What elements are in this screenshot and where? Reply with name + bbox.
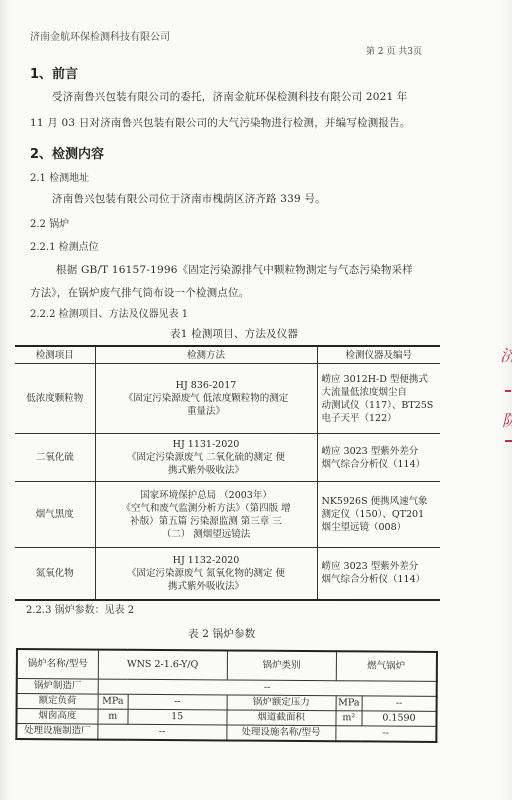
cell-item: 烟气黑度 — [15, 482, 95, 548]
method-line: 补版）第五篇 污染源监测 第三章 三 — [98, 515, 315, 528]
table-1-header-row: 检测项目 检测方法 检测仪器及编号 — [15, 346, 440, 364]
facility-name-label: 处理设施名称/型号 — [227, 725, 336, 741]
rated-load-unit: MPa — [98, 694, 128, 709]
section-2-2-3-heading: 2.2.3 锅炉参数：见表 2 — [26, 601, 134, 616]
method-line: （二） 测烟望远镜法 — [98, 528, 315, 541]
header-method: 检测方法 — [95, 346, 317, 364]
table-row: 氮氧化物 HJ 1132-2020 《固定污染源废气 氮氧化物的测定 便 携式紫… — [15, 548, 440, 600]
cell-item: 氮氧化物 — [15, 548, 95, 600]
section-2-1-heading: 2.1 检测地址 — [30, 169, 89, 184]
instrument-line: 崂应 3023 型紫外差分 — [322, 560, 439, 573]
instrument-line: 崂应 3023 型紫外差分 — [322, 445, 439, 458]
document-page: 济南金航环保检测科技有限公司 第 2 页 共3页 1、前言 受济南鲁兴包装有限公… — [0, 0, 512, 800]
method-line: 《固定污染源废气 低浓度颗粒物的测定 — [98, 392, 315, 405]
manufacturer-label: 锅炉制造厂 — [17, 679, 98, 695]
table-1-methods: 检测项目 检测方法 检测仪器及编号 低浓度颗粒物 HJ 836-2017 《固定… — [15, 345, 440, 601]
cell-instrument: 崂应 3023 型紫外差分 烟气综合分析仪（114） — [317, 434, 440, 482]
chimney-height-label: 烟囱高度 — [16, 709, 97, 725]
facility-maker-value: -- — [98, 724, 227, 740]
cell-method: HJ 836-2017 《固定污染源废气 低浓度颗粒物的测定 重量法》 — [95, 364, 317, 434]
instrument-line: NK5926S 便携风速气象 — [322, 495, 439, 508]
red-seal-fragment: 济 — [500, 343, 512, 366]
boiler-name-value: WNS 2-1.6-Y/Q — [98, 650, 227, 680]
method-line: 重量法》 — [98, 405, 315, 418]
facility-name-value: -- — [335, 726, 436, 742]
table-row: 烟气黑度 国家环境保护总局 （2003年） 《空气和废气监测分析方法》（第四版 … — [15, 482, 440, 548]
method-line: 《固定污染源废气 氮氧化物的测定 便 — [98, 567, 315, 580]
instrument-line: 崂应 3012H-D 型便携式 — [322, 373, 439, 386]
cell-instrument: 崂应 3012H-D 型便携式 大流量低浓度烟尘自 动测试仪（117）、BT25… — [317, 364, 440, 434]
flue-area-value: 0.1590 — [362, 711, 437, 727]
boiler-type-value: 燃气锅炉 — [336, 651, 437, 681]
section-1-heading: 1、前言 — [30, 63, 78, 82]
table-2-boiler-params: 锅炉名称/型号 WNS 2-1.6-Y/Q 锅炉类别 燃气锅炉 锅炉制造厂 --… — [15, 648, 438, 743]
method-line: 国家环境保护总局 （2003年） — [98, 489, 315, 502]
intro-line-1: 受济南鲁兴包装有限公司的委托，济南金航环保检测科技有限公司 2021 年 — [52, 89, 408, 104]
instrument-line: 测定仪（150）、QT201 — [322, 508, 439, 521]
intro-line-2: 11 月 03 日对济南鲁兴包装有限公司的大气污染物进行检测，并编写检测报告。 — [30, 115, 411, 130]
page-number: 第 2 页 共3页 — [366, 44, 422, 57]
rated-load-label: 额定负荷 — [17, 694, 98, 710]
cell-instrument: NK5926S 便携风速气象 测定仪（150）、QT201 烟尘望远镜（008） — [317, 482, 440, 548]
instrument-line: 大流量低浓度烟尘自 — [322, 386, 439, 399]
method-line: 《空气和废气监测分析方法》（第四版 增 — [98, 502, 315, 515]
table-1-caption: 表1 检测项目、方法及仪器 — [170, 326, 298, 341]
sampling-line-2: 方法》，在锅炉废气排气筒布设一个检测点位。 — [30, 285, 249, 300]
chimney-height-value: 15 — [128, 709, 227, 725]
instrument-line: 电子天平（122） — [322, 412, 439, 425]
rated-pressure-label: 锅炉额定压力 — [227, 695, 336, 711]
rated-pressure-value: -- — [362, 696, 437, 712]
instrument-line: 烟尘望远镜（008） — [322, 521, 439, 534]
table-row: 锅炉名称/型号 WNS 2-1.6-Y/Q 锅炉类别 燃气锅炉 — [17, 649, 437, 681]
sampling-line-1: 根据 GB/T 16157-1996《固定污染源排气中颗粒物测定与气态污染物采样 — [56, 262, 413, 277]
method-line: 《固定污染源废气 二氧化硫的测定 便 — [98, 451, 315, 464]
header-item: 检测项目 — [15, 346, 95, 364]
section-2-heading: 2、检测内容 — [30, 143, 104, 162]
flue-area-unit: m² — [336, 711, 362, 726]
rated-pressure-unit: MPa — [336, 696, 362, 711]
table-row: 低浓度颗粒物 HJ 836-2017 《固定污染源废气 低浓度颗粒物的测定 重量… — [15, 364, 440, 434]
section-2-2-heading: 2.2 锅炉 — [30, 215, 69, 230]
method-line: HJ 1132-2020 — [98, 554, 315, 567]
instrument-line: 烟气综合分析仪（114） — [322, 458, 439, 471]
chimney-height-unit: m — [98, 709, 128, 724]
instrument-line: 烟气综合分析仪（114） — [322, 573, 439, 586]
red-seal-mark — [505, 440, 512, 442]
header-instrument: 检测仪器及编号 — [317, 346, 440, 364]
flue-area-label: 烟道截面积 — [227, 710, 336, 726]
cell-item: 二氧化硫 — [15, 434, 95, 482]
method-line: HJ 1131-2020 — [98, 438, 315, 451]
cell-method: HJ 1131-2020 《固定污染源废气 二氧化硫的测定 便 携式紫外吸收法》 — [95, 434, 317, 482]
method-line: HJ 836-2017 — [98, 379, 315, 392]
cell-method: 国家环境保护总局 （2003年） 《空气和废气监测分析方法》（第四版 增 补版）… — [95, 482, 317, 548]
boiler-type-label: 锅炉类别 — [227, 650, 336, 680]
method-line: 携式紫外吸收法》 — [98, 580, 315, 593]
address-text: 济南鲁兴包装有限公司位于济南市槐荫区济齐路 339 号。 — [52, 191, 326, 206]
table-row: 处理设施制造厂 -- 处理设施名称/型号 -- — [16, 724, 436, 742]
table-row: 二氧化硫 HJ 1131-2020 《固定污染源废气 二氧化硫的测定 便 携式紫… — [15, 434, 440, 482]
cell-method: HJ 1132-2020 《固定污染源废气 氮氧化物的测定 便 携式紫外吸收法》 — [95, 548, 317, 600]
method-line: 携式紫外吸收法》 — [98, 464, 315, 477]
section-2-2-2-heading: 2.2.2 检测项目、方法及仪器见表 1 — [30, 305, 188, 320]
instrument-line: 动测试仪（117）、BT25S — [322, 399, 439, 412]
rated-load-value: -- — [128, 694, 227, 710]
red-seal-mark — [505, 390, 511, 392]
company-header: 济南金航环保检测科技有限公司 — [30, 28, 170, 43]
table-2-caption: 表 2 锅炉参数 — [188, 626, 255, 641]
cell-item: 低浓度颗粒物 — [15, 364, 95, 434]
section-2-2-1-heading: 2.2.1 检测点位 — [30, 238, 99, 253]
facility-maker-label: 处理设施制造厂 — [16, 724, 97, 740]
red-seal-fragment: 防 — [502, 408, 512, 431]
cell-instrument: 崂应 3023 型紫外差分 烟气综合分析仪（114） — [317, 548, 440, 600]
boiler-name-label: 锅炉名称/型号 — [17, 649, 98, 679]
